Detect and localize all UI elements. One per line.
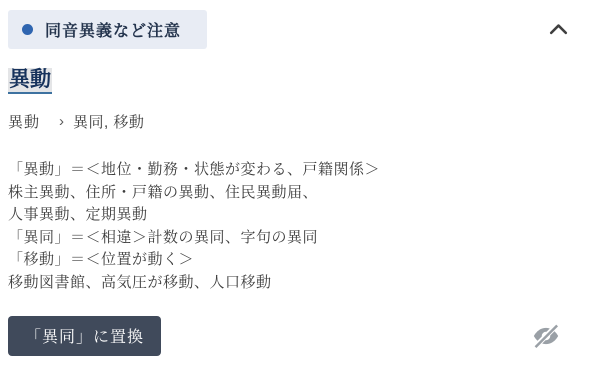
homophone-warning-panel: 同音異義など注意 異動 異動 › 異同, 移動 「異動」＝＜地位・勤務・状態が変…: [0, 0, 600, 365]
arrow-right-icon: ›: [59, 113, 64, 130]
description-line: 株主異動、住所・戸籍の異動、住民異動届、: [8, 182, 576, 205]
eye-off-icon: [530, 339, 562, 354]
description-text: 「異動」＝＜地位・勤務・状態が変わる、戸籍関係＞ 株主異動、住所・戸籍の異動、住…: [8, 159, 576, 294]
entry-title-link[interactable]: 異動: [8, 68, 52, 94]
chevron-up-icon: [545, 31, 572, 46]
description-line: 「移動」＝＜位置が動く＞: [8, 249, 576, 272]
description-line: 「異同」＝＜相違＞計数の異同、字句の異同: [8, 227, 576, 250]
description-line: 移動図書館、高気圧が移動、人口移動: [8, 272, 576, 295]
suggestion-source: 異動: [8, 111, 40, 132]
suggestion-targets: 異同, 移動: [73, 111, 144, 132]
warning-category-badge: 同音異義など注意: [8, 10, 207, 49]
suggestion-line: 異動 › 異同, 移動: [8, 111, 576, 132]
replace-button[interactable]: 「異同」に置換: [8, 316, 161, 356]
description-line: 「異動」＝＜地位・勤務・状態が変わる、戸籍関係＞: [8, 159, 576, 182]
collapse-button[interactable]: [543, 14, 574, 45]
description-line: 人事異動、定期異動: [8, 204, 576, 227]
bullet-icon: [22, 24, 33, 35]
panel-footer: 「異同」に置換: [8, 316, 576, 356]
panel-header: 同音異義など注意: [8, 10, 576, 49]
entry-title: 異動: [8, 66, 52, 94]
warning-category-label: 同音異義など注意: [45, 18, 181, 41]
hide-button[interactable]: [530, 321, 562, 351]
